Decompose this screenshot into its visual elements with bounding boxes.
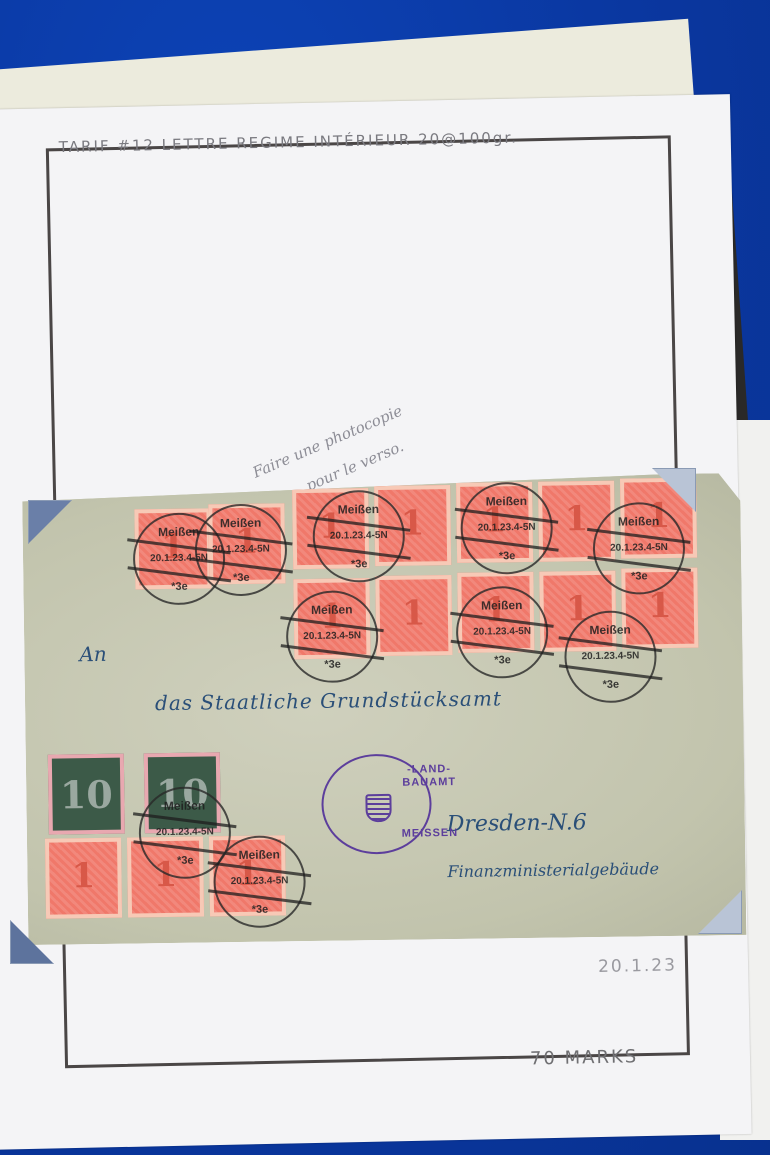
date-note: 20.1.23: [598, 955, 677, 977]
saxony-coat-of-arms-icon: [365, 794, 391, 822]
addressee-name: das Staatliche Grundstücksamt: [155, 686, 502, 715]
postmark: Meißen20.1.23.4-5N*3e: [455, 586, 548, 679]
address-street: Finanzministerialgebäude: [447, 859, 659, 881]
postmark: Meißen20.1.23.4-5N*3e: [286, 590, 379, 683]
postal-cover: 1 1 1 1 1 1 1 1 1 1 1 1 10 10 1 1 1 Meiß…: [22, 473, 746, 945]
stamp-green: 10: [48, 754, 125, 835]
postmark: Meißen20.1.23.4-5N*3e: [312, 490, 405, 583]
landbauamt-cachet: -LAND- BAUAMT MEISSEN: [321, 753, 432, 855]
postmark: Meißen20.1.23.4-5N*3e: [194, 503, 287, 596]
postmark: Meißen20.1.23.4-5N*3e: [213, 835, 306, 928]
postmark: Meißen20.1.23.4-5N*3e: [592, 502, 685, 595]
stamp-red: 1: [45, 838, 122, 919]
postmark: Meißen20.1.23.4-5N*3e: [564, 610, 657, 703]
value-note: 70 MARKS: [530, 1046, 639, 1069]
postmark: Meißen20.1.23.4-5N*3e: [460, 482, 553, 575]
addressee-prefix: An: [79, 642, 107, 666]
stamp-red: 1: [375, 575, 452, 656]
